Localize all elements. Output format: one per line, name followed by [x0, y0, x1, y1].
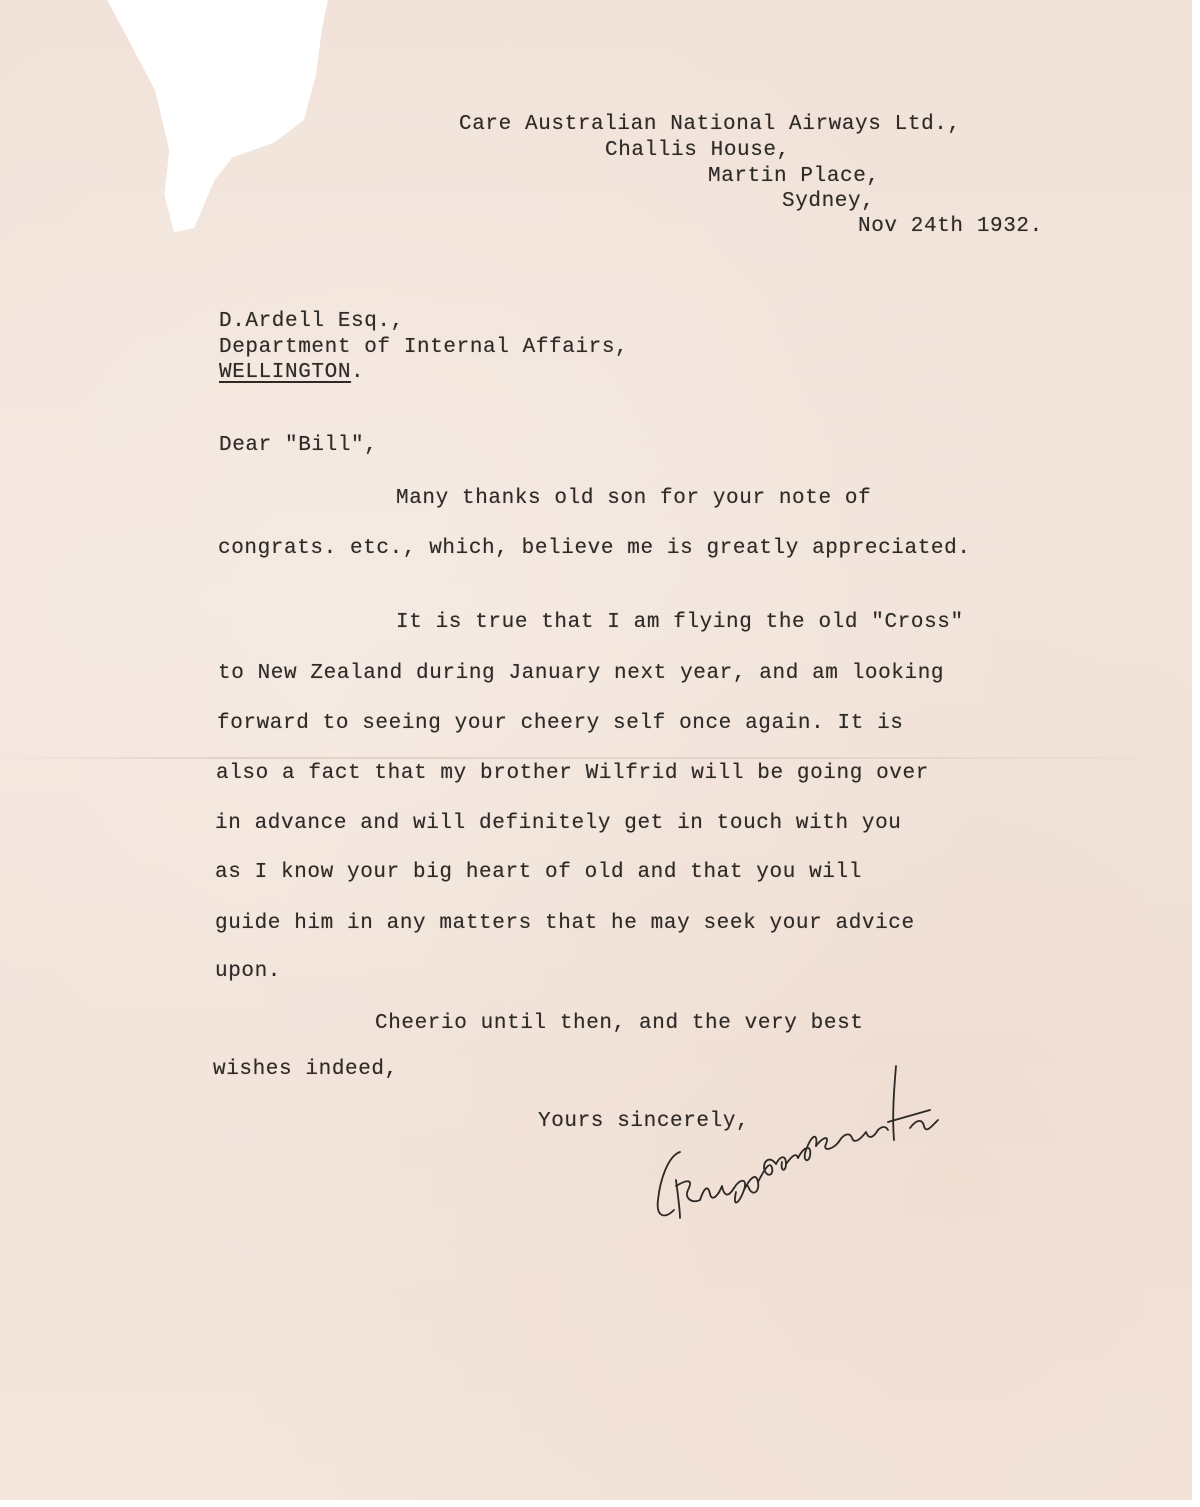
body-line: congrats. etc., which, believe me is gre…	[218, 537, 971, 560]
recipient-city-punct: .	[351, 361, 364, 384]
salutation: Dear "Bill",	[219, 434, 377, 457]
sender-company: Care Australian National Airways Ltd.,	[459, 113, 961, 136]
sender-building: Challis House,	[605, 139, 790, 162]
body-line: Many thanks old son for your note of	[396, 487, 871, 510]
letter-date: Nov 24th 1932.	[858, 215, 1043, 238]
recipient-city-line: WELLINGTON.	[219, 361, 364, 384]
signature-icon	[640, 1060, 1040, 1240]
sender-city: Sydney,	[782, 190, 874, 213]
body-line: also a fact that my brother Wilfrid will…	[216, 762, 929, 785]
body-line: Cheerio until then, and the very best	[375, 1012, 863, 1035]
body-line: to New Zealand during January next year,…	[218, 662, 944, 685]
body-line: forward to seeing your cheery self once …	[217, 712, 904, 735]
recipient-city: WELLINGTON	[219, 361, 351, 384]
body-line: as I know your big heart of old and that…	[215, 861, 862, 884]
body-line: It is true that I am flying the old "Cro…	[396, 611, 964, 634]
sender-street: Martin Place,	[708, 165, 880, 188]
paper-fold-line	[0, 757, 1192, 759]
recipient-name: D.Ardell Esq.,	[219, 310, 404, 333]
body-line: upon.	[215, 960, 281, 983]
body-line: in advance and will definitely get in to…	[215, 812, 902, 835]
recipient-department: Department of Internal Affairs,	[219, 336, 628, 359]
body-line: wishes indeed,	[213, 1058, 398, 1081]
body-line: guide him in any matters that he may see…	[215, 912, 915, 935]
